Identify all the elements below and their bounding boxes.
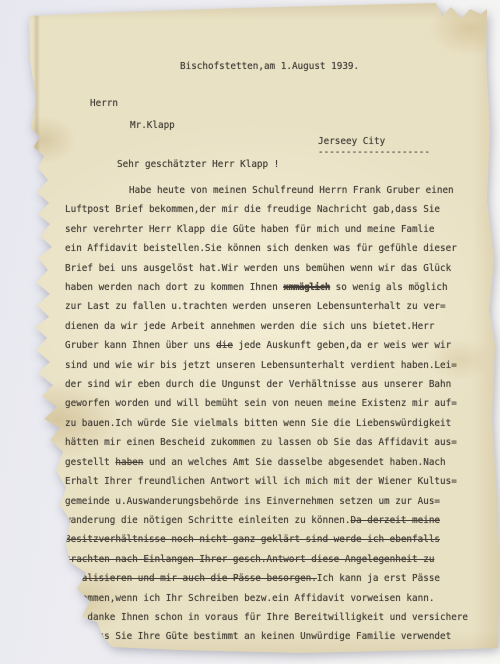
letter-text: haben werden nach dort zu kommen Ihnen (65, 282, 283, 293)
letter-date: Bischofstetten,am 1.August 1939. (180, 61, 359, 72)
letter-body: Habe heute von meinen Schulfreund Herrn … (65, 181, 475, 647)
letter-line: Brief bei uns ausgelöst hat.Wir werden u… (65, 259, 475, 278)
struck-text: Da derzeit meine (350, 515, 440, 526)
struck-text: xmmäglich (283, 282, 330, 293)
letter-text: hätten mir einen Bescheid zukommen zu la… (65, 437, 457, 448)
photo-of-letter: Bischofstetten,am 1.August 1939. Herrn M… (0, 0, 500, 664)
letter-line: ein Affidavit beistellen.Sie können sich… (65, 239, 475, 258)
letter-line: wanderung die nötigen Schritte einleiten… (65, 511, 475, 530)
letter-line: Habe heute von meinen Schulfreund Herrn … (65, 181, 475, 200)
struck-text: haben (115, 457, 143, 468)
letter-line: gestellt haben und an welches Amt Sie da… (65, 453, 475, 472)
letter-text: dienen da wir jede Arbeit annehmen werde… (65, 321, 434, 332)
letter-line: trachten nach Einlangen Ihrer gesch.Antw… (65, 550, 475, 569)
letter-line: dienen da wir jede Arbeit annehmen werde… (65, 317, 475, 336)
struck-text: trachten nach Einlangen Ihrer gesch.Antw… (65, 554, 434, 565)
letter-text: der sind wir eben durch die Ungunst der … (65, 379, 451, 390)
letter-text: gestellt (65, 457, 115, 468)
struck-text: Besitzverhältnisse noch nicht ganz geklä… (65, 534, 440, 545)
letter-text: Ich kann ja erst Pässe (317, 573, 440, 584)
recipient-name: Mr.Klapp (130, 120, 175, 131)
letter-line: Luftpost Brief bekommen,der mir die freu… (65, 200, 475, 219)
paper-shadow: Bischofstetten,am 1.August 1939. Herrn M… (0, 0, 500, 664)
letter-paper: Bischofstetten,am 1.August 1939. Herrn M… (0, 0, 500, 664)
struck-text: finalisieren und mir auch die Pässe beso… (65, 573, 317, 584)
recipient-city: Jerseey City (318, 136, 385, 147)
letter-line: Sie dass Sie Ihre Güte bestimmt an keine… (65, 627, 475, 646)
letter-text: Habe heute von meinen Schulfreund Herrn … (129, 185, 454, 196)
letter-text: geworfen worden und will bemüht sein von… (65, 398, 457, 409)
letter-text: Luftpost Brief bekommen,der mir die freu… (65, 204, 440, 215)
letter-line: Besitzverhältnisse noch nicht ganz geklä… (65, 530, 475, 549)
letter-line: hätten mir einen Bescheid zukommen zu la… (65, 433, 475, 452)
letter-line: zur Last zu fallen u.trachten werden uns… (65, 297, 475, 316)
letter-text: so wenig als möglich (330, 282, 448, 293)
letter-text: zur Last zu fallen u.trachten werden uns… (65, 301, 446, 312)
letter-line: Ich danke Ihnen schon in voraus für Ihre… (65, 608, 475, 627)
letter-text: sind und wie wir bis jetzt unseren Leben… (65, 360, 457, 371)
letter-text: Sie dass Sie Ihre Güte bestimmt an keine… (65, 631, 451, 642)
letter-line: der sind wir eben durch die Ungunst der … (65, 375, 475, 394)
letter-line: zu bauen.Ich würde Sie vielmals bitten w… (65, 414, 475, 433)
letter-line: geworfen worden und will bemüht sein von… (65, 394, 475, 413)
letter-text: wanderung die nötigen Schritte einleiten… (65, 515, 350, 526)
letter-text: gemeinde u.Auswanderungsbehörde ins Einv… (65, 496, 440, 507)
letter-text: ein Affidavit beistellen.Sie können sich… (65, 243, 457, 254)
letter-text: jede Auskunft geben,da er weis wer wir (233, 340, 451, 351)
letter-line: sind und wie wir bis jetzt unseren Leben… (65, 356, 475, 375)
recipient-city-underline: -------------------- (318, 147, 430, 158)
recipient-herrn: Herrn (90, 98, 118, 109)
struck-text: die (216, 340, 233, 351)
letter-text: zu bauen.Ich würde Sie vielmals bitten w… (65, 418, 451, 429)
salutation: Sehr geschätzter Herr Klapp ! (117, 159, 279, 170)
letter-line: gemeinde u.Auswanderungsbehörde ins Einv… (65, 492, 475, 511)
letter-line: haben werden nach dort zu kommen Ihnen x… (65, 278, 475, 297)
letter-line: finalisieren und mir auch die Pässe beso… (65, 569, 475, 588)
letter-text: und an welches Amt Sie dasselbe abgesend… (143, 457, 445, 468)
letter-text: sehr verehrter Herr Klapp die Güte haben… (65, 224, 434, 235)
letter-line: sehr verehrter Herr Klapp die Güte haben… (65, 220, 475, 239)
paper-crease (33, 14, 41, 164)
letter-text: Brief bei uns ausgelöst hat.Wir werden u… (65, 263, 451, 274)
letter-line: Erhalt Ihrer freundlichen Antwort will i… (65, 472, 475, 491)
letter-line: bekommen,wenn ich Ihr Schreiben bezw.ein… (65, 589, 475, 608)
letter-text: bekommen,wenn ich Ihr Schreiben bezw.ein… (65, 593, 434, 604)
letter-text: Ich danke Ihnen schon in voraus für Ihre… (65, 612, 468, 623)
letter-text: Gruber kann Ihnen über uns (65, 340, 216, 351)
letter-text: Erhalt Ihrer freundlichen Antwort will i… (65, 476, 457, 487)
letter-line: Gruber kann Ihnen über uns die jede Ausk… (65, 336, 475, 355)
